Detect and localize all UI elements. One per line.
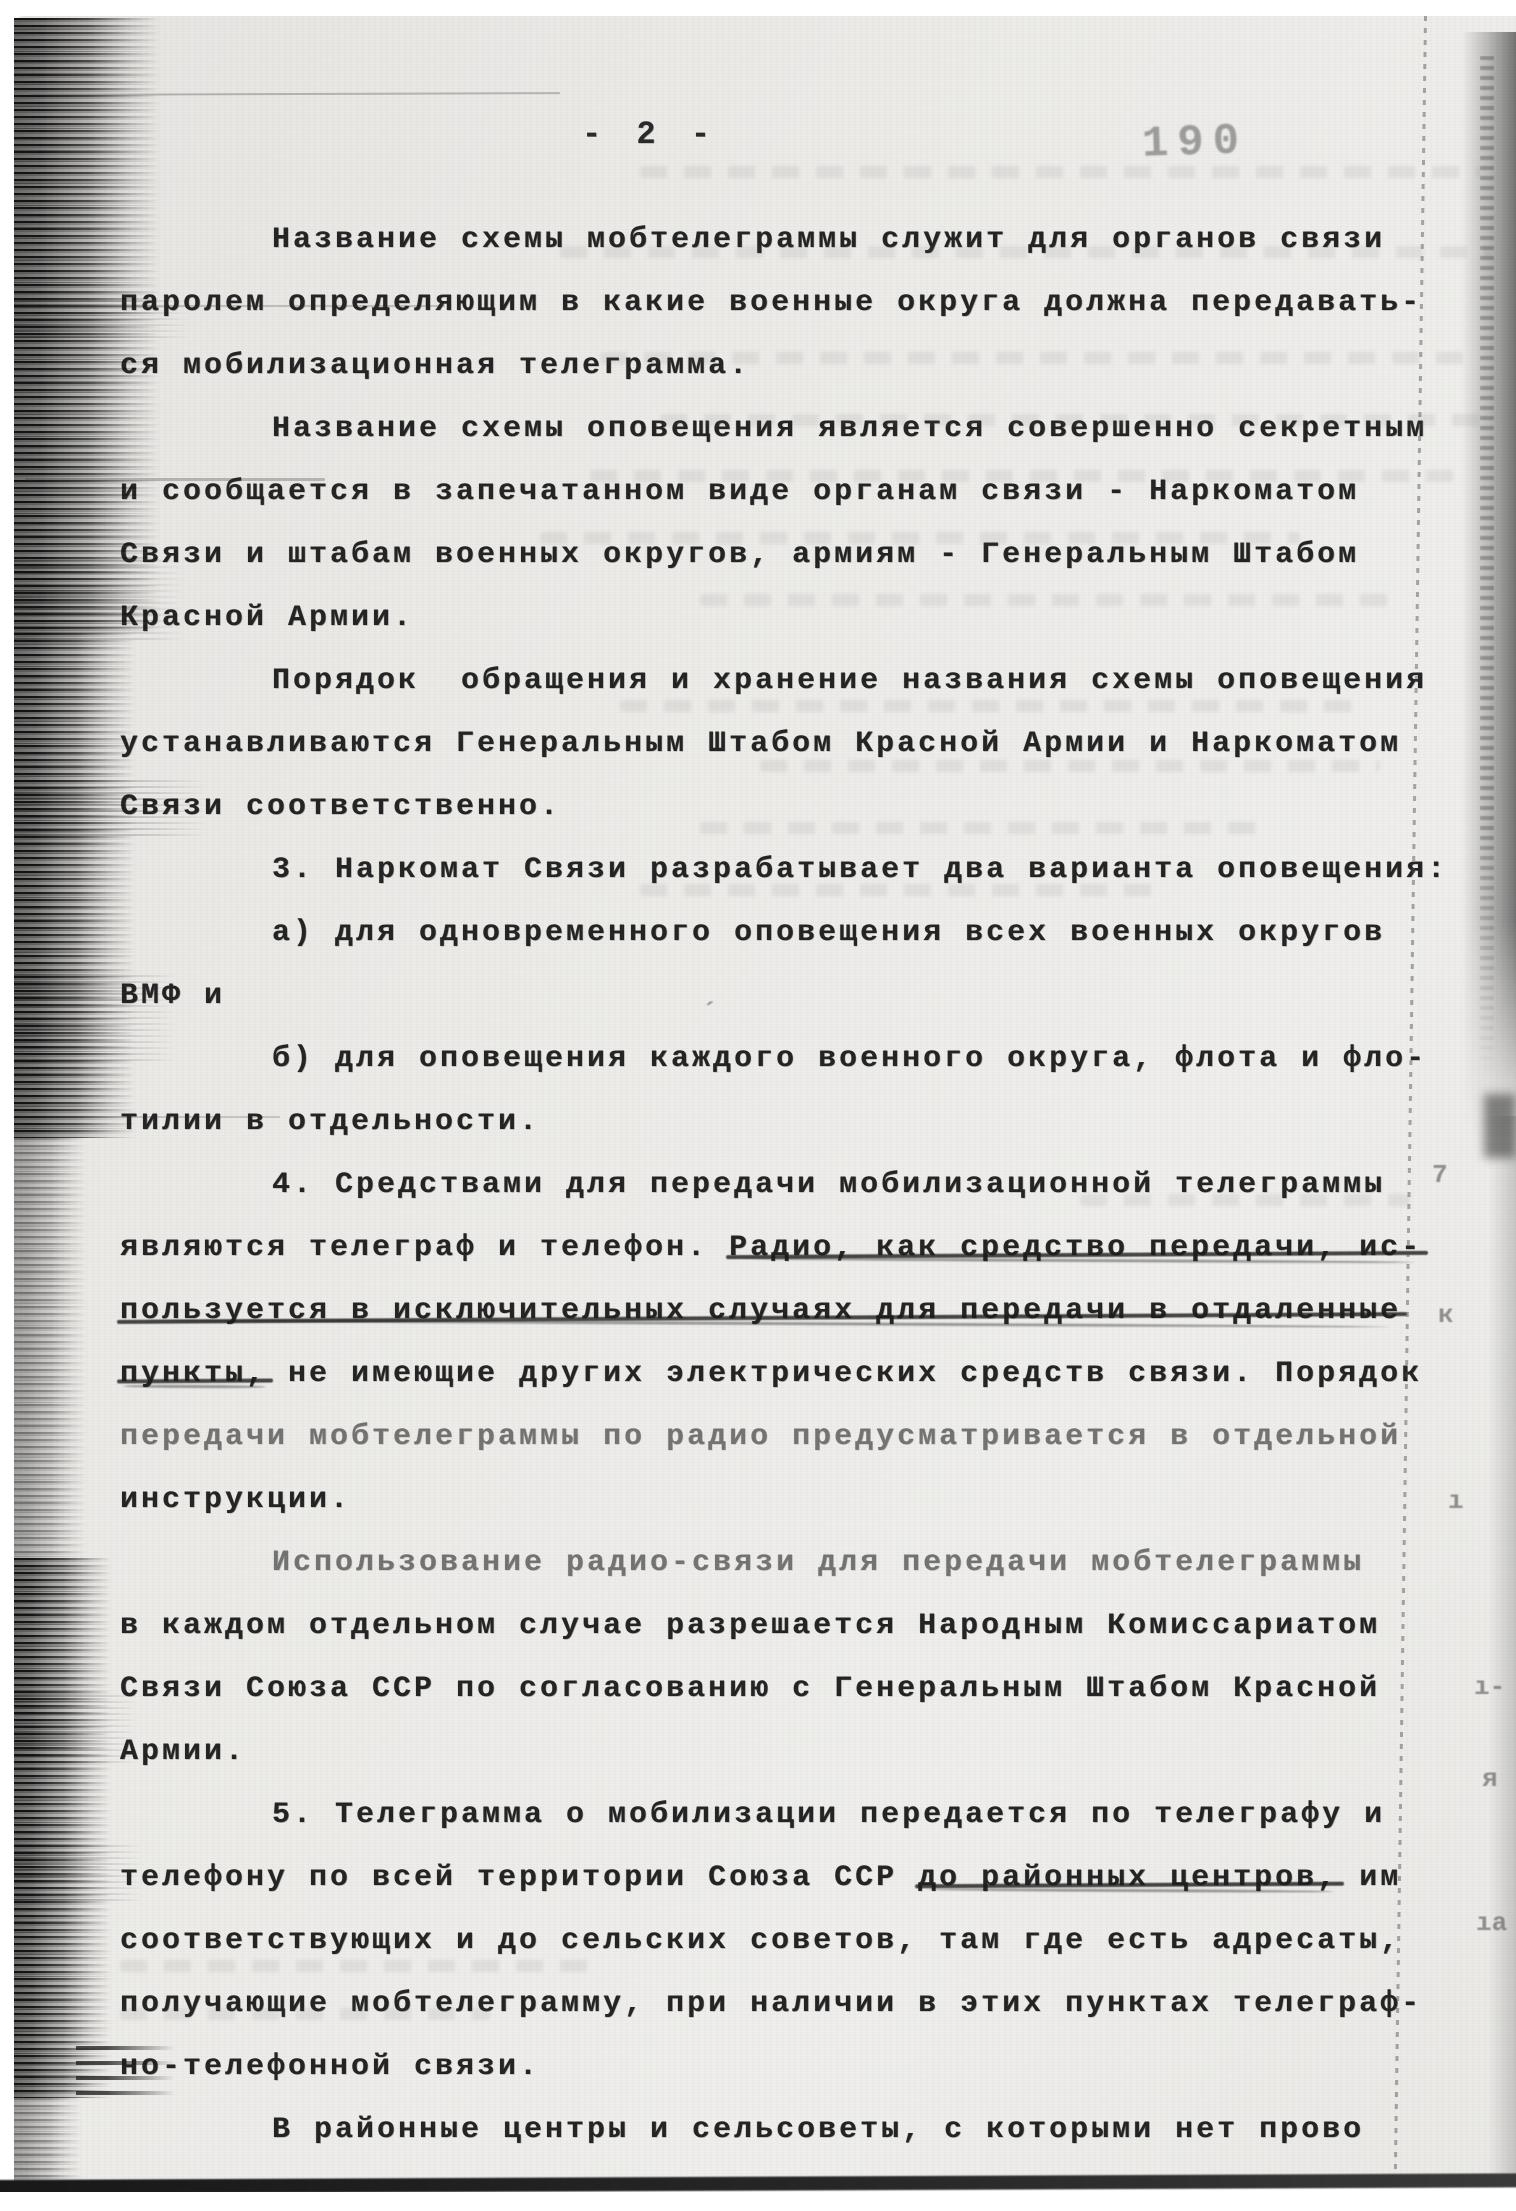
text-line: ся мобилизационная телеграмма. (120, 335, 1450, 398)
scan-artifact (640, 166, 1480, 178)
binding-streaks (14, 1695, 144, 1765)
scan-artifact (700, 594, 1400, 606)
page-number: - 2 - (582, 116, 718, 153)
text-line: инструкции. (120, 1469, 1450, 1532)
scan-artifact (1080, 1194, 1410, 1206)
text-line: но-телефонной связи. (120, 2036, 1450, 2099)
paragraph: В районные центры и сельсоветы, с которы… (120, 2099, 1450, 2162)
paragraph: 3. Наркомат Связи разрабатывает два вари… (120, 839, 1450, 1028)
stray-mark: к (1438, 1300, 1454, 1330)
scan-artifact (20, 1116, 280, 1118)
binding-streaks (14, 560, 194, 640)
binding-streaks (14, 1558, 114, 2098)
scan-artifact (560, 246, 1490, 258)
text-line: Армии. (120, 1721, 1450, 1784)
scan-artifact (760, 760, 1380, 772)
scan-artifact (120, 2008, 490, 2020)
stray-mark: 7 (1432, 1160, 1448, 1190)
text-line: пункты, не имеющие других электрических … (120, 1343, 1450, 1406)
stray-mark: ı (1448, 1486, 1464, 1516)
stray-mark: ı- (1474, 1672, 1505, 1702)
scan-artifact (25, 478, 325, 481)
text-line: б) для оповещения каждого военного округ… (120, 1028, 1450, 1091)
scanned-document-page: - 2 - 190 Название схемы мобтелеграммы с… (0, 0, 1516, 2211)
stray-mark: я (1482, 1764, 1498, 1794)
text-line: являются телеграф и телефон. Радио, как … (120, 1217, 1450, 1280)
scan-artifact (540, 532, 1300, 544)
binding-streaks (14, 1845, 149, 1905)
paragraph: 5. Телеграмма о мобилизации передается п… (120, 1784, 1450, 2099)
scan-artifact (1484, 1094, 1516, 1158)
scan-artifact (600, 352, 1480, 364)
paragraph: 4. Средствами для передачи мобилизационн… (120, 1154, 1450, 1532)
paper-sheet: - 2 - 190 Название схемы мобтелеграммы с… (14, 16, 1516, 2186)
scan-artifact (620, 700, 1360, 712)
text-line: тилии в отдельности. (120, 1091, 1450, 1154)
text-line: 4. Средствами для передачи мобилизационн… (120, 1154, 1450, 1217)
text-line: телефону по всей территории Союза ССР до… (120, 1847, 1450, 1910)
text-line: ВМФ и (120, 965, 1450, 1028)
binding-streaks (14, 780, 219, 840)
text-line: а) для одновременного оповещения всех во… (120, 902, 1450, 965)
text-line: Использование радио-связи для передачи м… (120, 1532, 1450, 1595)
text-block: Название схемы мобтелеграммы служит для … (120, 209, 1450, 2162)
stray-mark: ıа (1476, 1908, 1507, 1938)
paragraph: Название схемы мобтелеграммы служит для … (120, 209, 1450, 398)
scan-artifact (1480, 56, 1494, 1076)
scan-artifact (25, 305, 445, 307)
scan-artifact (640, 884, 1160, 896)
paragraph: Использование радио-связи для передачи м… (120, 1532, 1450, 1784)
scan-artifact (660, 414, 1490, 426)
paragraph: б) для оповещения каждого военного округ… (120, 1028, 1450, 1154)
paragraph: Порядок обращения и хранение названия сх… (120, 650, 1450, 839)
text-line: Название схемы оповещения является совер… (120, 398, 1450, 461)
scan-artifact (1488, 1116, 1516, 2186)
text-line: передачи мобтелеграммы по радио предусма… (120, 1406, 1450, 1469)
binding-streaks (14, 975, 184, 1065)
scanner-background (0, 2192, 1516, 2211)
text-line: 5. Телеграмма о мобилизации передается п… (120, 1784, 1450, 1847)
stray-mark: ´ (702, 998, 718, 1028)
binding-streaks (76, 2046, 180, 2106)
binding-streaks (14, 1138, 89, 1558)
text-line: В районные центры и сельсоветы, с которы… (120, 2099, 1450, 2162)
scan-artifact (700, 822, 1260, 834)
text-line: пользуется в исключительных случаях для … (120, 1280, 1450, 1343)
text-line: паролем определяющим в какие военные окр… (120, 272, 1450, 335)
text-line: Связи Союза ССР по согласованию с Генера… (120, 1658, 1450, 1721)
text-line: Название схемы мобтелеграммы служит для … (120, 209, 1450, 272)
scan-artifact (590, 470, 1460, 482)
scan-artifact (120, 1960, 590, 1972)
text-line: получающие мобтелеграмму, при наличии в … (120, 1973, 1450, 2036)
binding-streaks (14, 2098, 84, 2186)
paragraph: Название схемы оповещения является совер… (120, 398, 1450, 650)
archival-stamp-number: 190 (1141, 116, 1249, 170)
text-line: в каждом отдельном случае разрешается На… (120, 1595, 1450, 1658)
